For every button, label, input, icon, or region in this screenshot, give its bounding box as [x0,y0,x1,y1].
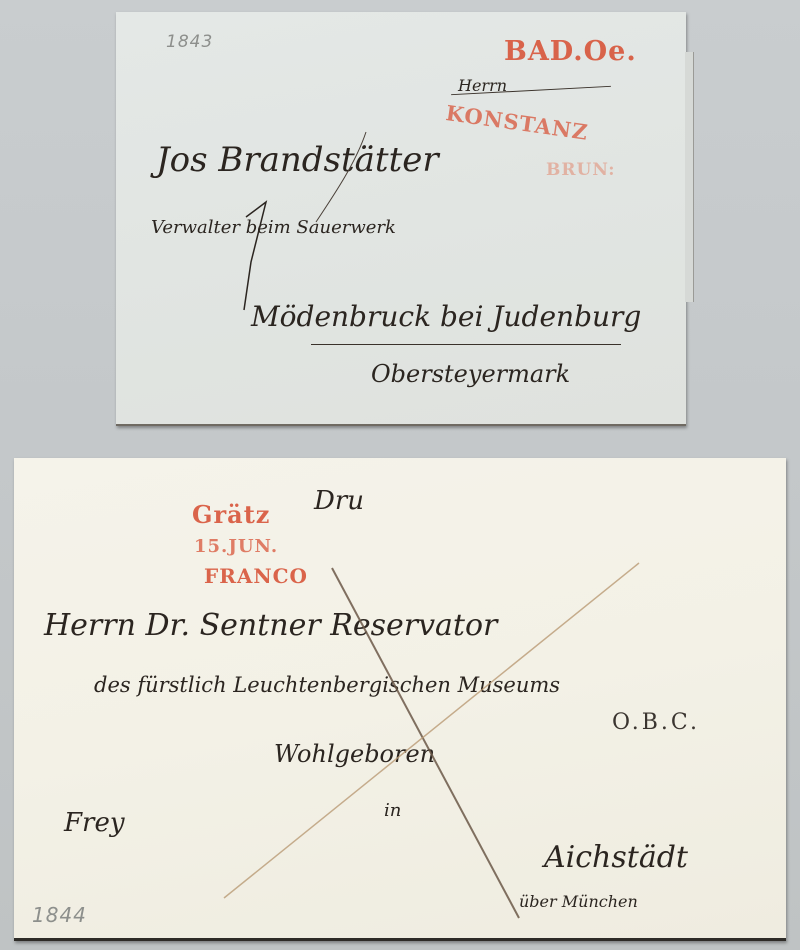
postmark-town: Grätz [192,500,270,529]
letter-cover-bottom: Grätz 15.JUN. FRANCO Dru Herrn Dr. Sentn… [14,458,786,941]
postmark-line-2: KONSTANZ [444,100,590,145]
recipient-town: Aichstädt [544,840,688,875]
postmark-line-3: BRUN: [546,160,616,180]
free-postage-note: Frey [64,808,125,838]
underline-rule [311,344,621,345]
recipient-honorific: Wohlgeboren [274,740,435,768]
postmark-line-1: BAD.Oe. [504,36,637,67]
recipient-region: Obersteyermark [371,360,570,388]
pencil-year-note: 1844 [32,903,87,927]
routing-note: über München [519,892,638,911]
pencil-year-note: 1843 [166,32,213,52]
obc-marking: O.B.C. [612,710,700,735]
postmark-date: 15.JUN. [194,536,278,557]
recipient-name: Jos Brandstätter [156,140,439,180]
recipient-town: Mödenbruck bei Judenburg [251,300,641,333]
recipient-institution: des fürstlich Leuchtenbergischen Museums [94,673,560,697]
postmark-franco: FRANCO [204,564,308,588]
address-in: in [384,800,401,821]
address-prefix: Dru [314,486,364,516]
recipient-name: Herrn Dr. Sentner Reservator [44,608,497,643]
letter-cover-top: 1843 BAD.Oe. KONSTANZ BRUN: Herrn Jos Br… [116,12,686,426]
recipient-title: Verwalter beim Sauerwerk [151,217,396,238]
cover-fold-flap [685,52,694,302]
